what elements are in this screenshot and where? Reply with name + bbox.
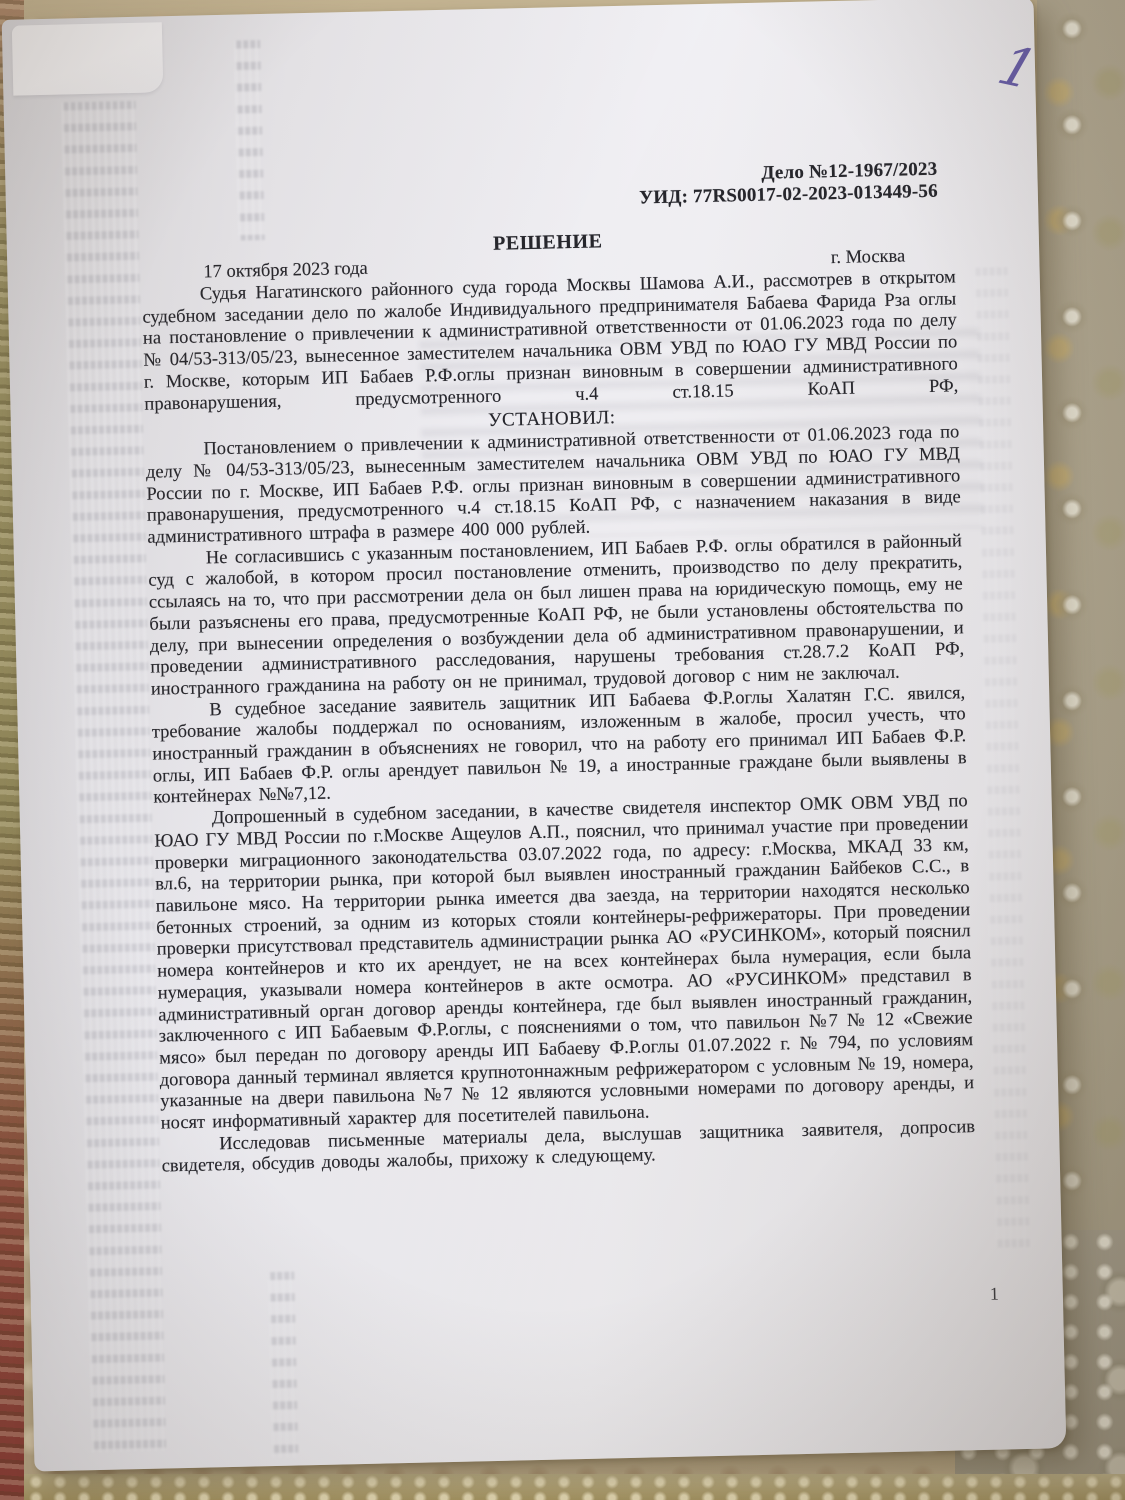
- body-paragraph-4: Допрошенный в судебном заседании, в каче…: [154, 791, 975, 1135]
- page-number: 1: [990, 1284, 999, 1305]
- intro-paragraph: Судья Нагатинского районного суда города…: [142, 267, 959, 416]
- decision-place: г. Москва: [831, 245, 906, 270]
- case-header: Дело №12-1967/2023 УИД: 77RS0017-02-2023…: [139, 158, 954, 220]
- body-paragraph-3: В судебное заседание заявитель защитник …: [151, 683, 967, 810]
- body-paragraph-1: Постановлением о привлечении к администр…: [145, 422, 961, 549]
- document-text: Дело №12-1967/2023 УИД: 77RS0017-02-2023…: [2, 0, 1067, 1472]
- court-decision-page: Дело №12-1967/2023 УИД: 77RS0017-02-2023…: [2, 0, 1067, 1472]
- cloth-background-bottom: [0, 1474, 1125, 1500]
- photo-of-document: Дело №12-1967/2023 УИД: 77RS0017-02-2023…: [0, 0, 1125, 1500]
- body-paragraph-2: Не согласившись с указанным постановлени…: [148, 531, 965, 701]
